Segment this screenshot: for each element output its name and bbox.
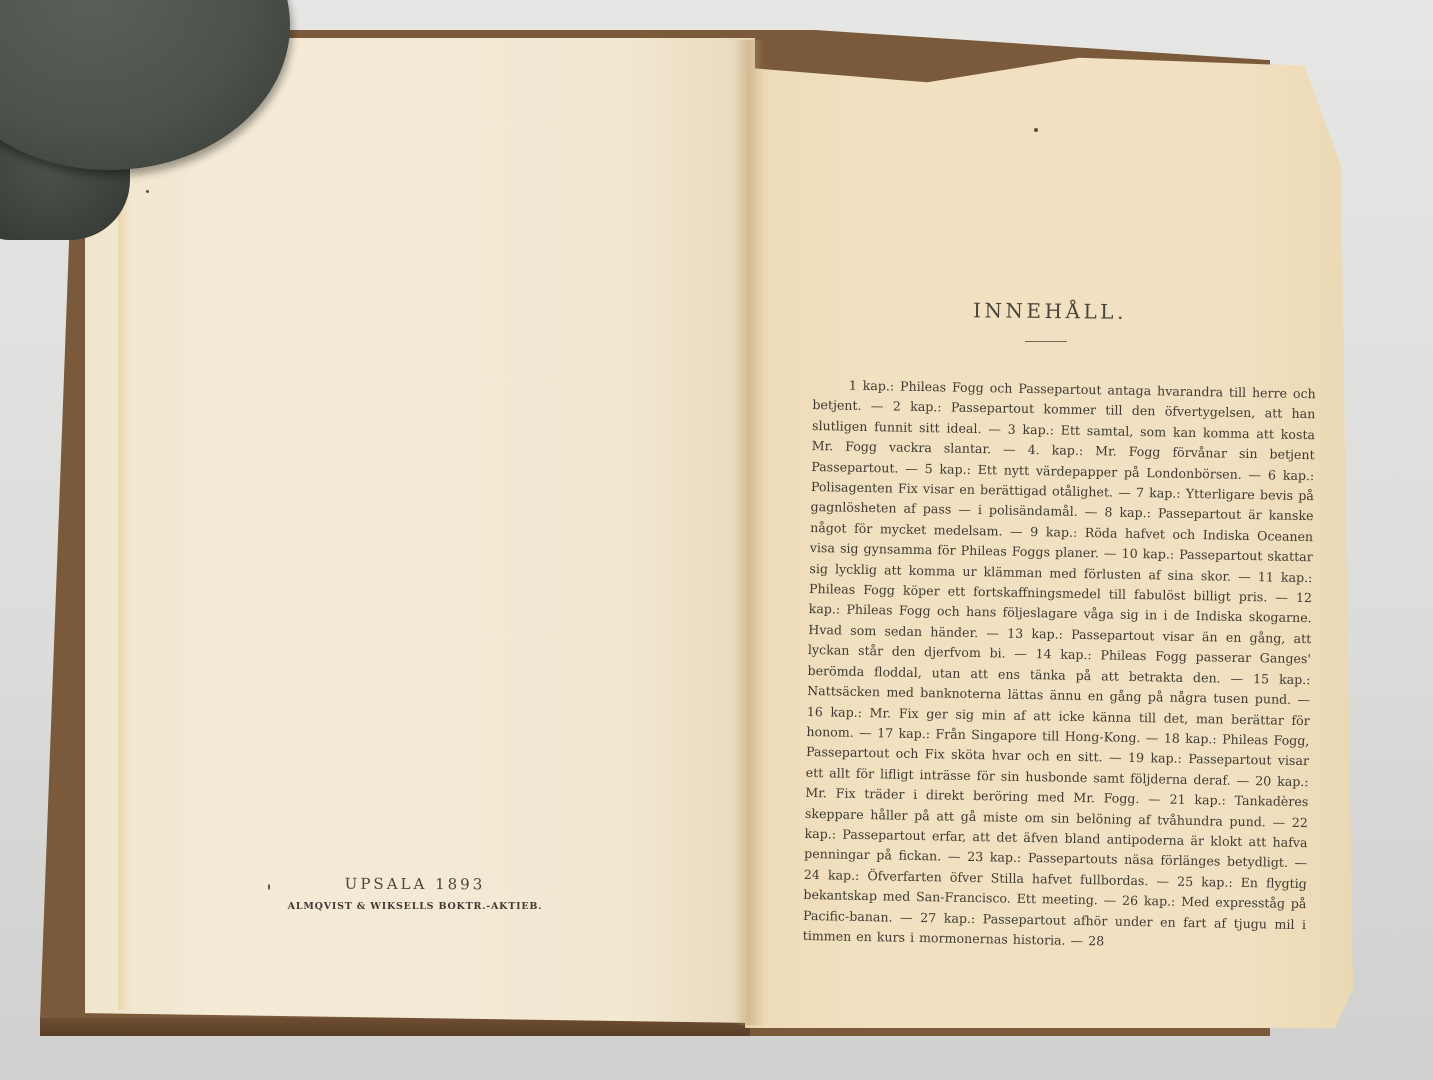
book-gutter [735,40,765,1025]
imprint-publisher: ALMQVIST & WIKSELLS BOKTR.-AKTIEB. [265,901,565,912]
imprint-city-year: UPSALA 1893 [285,874,545,893]
page-speck [268,884,270,890]
page-speck [1034,128,1038,132]
table-of-contents-text: 1 kap.: Phileas Fogg och Passepartout an… [803,375,1316,955]
left-page-stacked-edges [118,170,130,1010]
page-title: INNEHÅLL. [900,297,1200,324]
page-speck [146,190,149,193]
title-rule-divider [1025,341,1067,342]
